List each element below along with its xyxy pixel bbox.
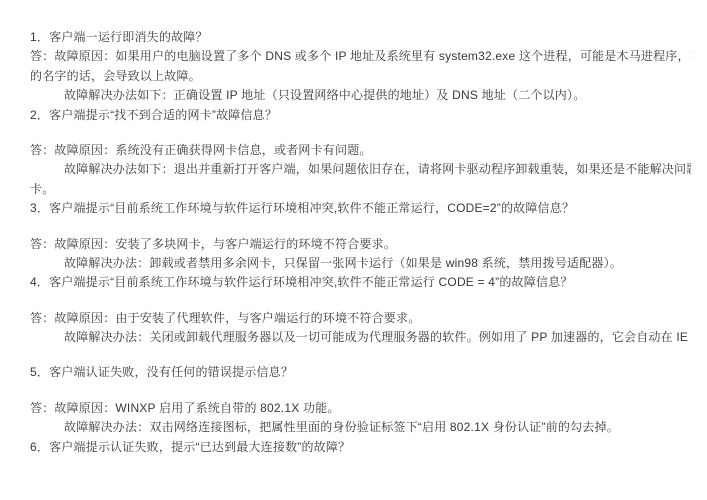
document-page: 1．客户端一运行即消失的故障？ 答：故障原因：如果用户的电脑设置了多个 DNS … [0,0,707,500]
answer-3-cause: 答：故障原因：安装了多块网卡，与客户端运行的环境不符合要求。 [30,235,691,254]
question-4: 4．客户端提示“目前系统工作环境与软件运行环境相冲突,软件不能正常运行 CODE… [30,273,691,292]
answer-2-cause: 答：故障原因：系统没有正确获得网卡信息，或者网卡有问题。 [30,141,691,160]
answer-1-cause-line-2: 的名字的话，会导致以上故障。 [30,67,691,86]
answer-5-cause: 答：故障原因：WINXP 启用了系统自带的 802.1X 功能。 [30,399,691,418]
answer-1-cause-line-1: 答：故障原因：如果用户的电脑设置了多个 DNS 或多个 IP 地址及系统里有 s… [30,47,691,66]
question-3: 3．客户端提示“目前系统工作环境与软件运行环境相冲突,软件不能正常运行，CODE… [30,199,691,218]
answer-3-solution: 故障解决办法：卸载或者禁用多余网卡，只保留一张网卡运行（如果是 win98 系统… [30,254,691,273]
answer-4-cause: 答：故障原因：由于安装了代理软件，与客户端运行的环境不符合要求。 [30,309,691,328]
answer-5-solution: 故障解决办法：双击网络连接图标，把属性里面的身份验证标签下“启用 802.1X … [30,418,691,437]
question-1: 1．客户端一运行即消失的故障？ [30,28,691,47]
answer-4-solution: 故障解决办法：关闭或卸载代理服务器以及一切可能成为代理服务器的软件。例如用了 P… [30,328,691,347]
answer-2-solution-line-1: 故障解决办法如下：退出并重新打开客户端，如果问题依旧存在，请将网卡驱动程序卸载重… [30,160,691,179]
answer-1-solution: 故障解决办法如下：正确设置 IP 地址（只设置网络中心提供的地址）及 DNS 地… [30,86,691,105]
question-5: 5．客户端认证失败，没有任何的错误提示信息？ [30,363,691,382]
question-2: 2．客户端提示“找不到合适的网卡”故障信息？ [30,106,691,125]
answer-2-solution-line-2: 卡。 [30,180,691,199]
question-6: 6．客户端提示认证失败，提示“已达到最大连接数”的故障？ [30,438,691,457]
